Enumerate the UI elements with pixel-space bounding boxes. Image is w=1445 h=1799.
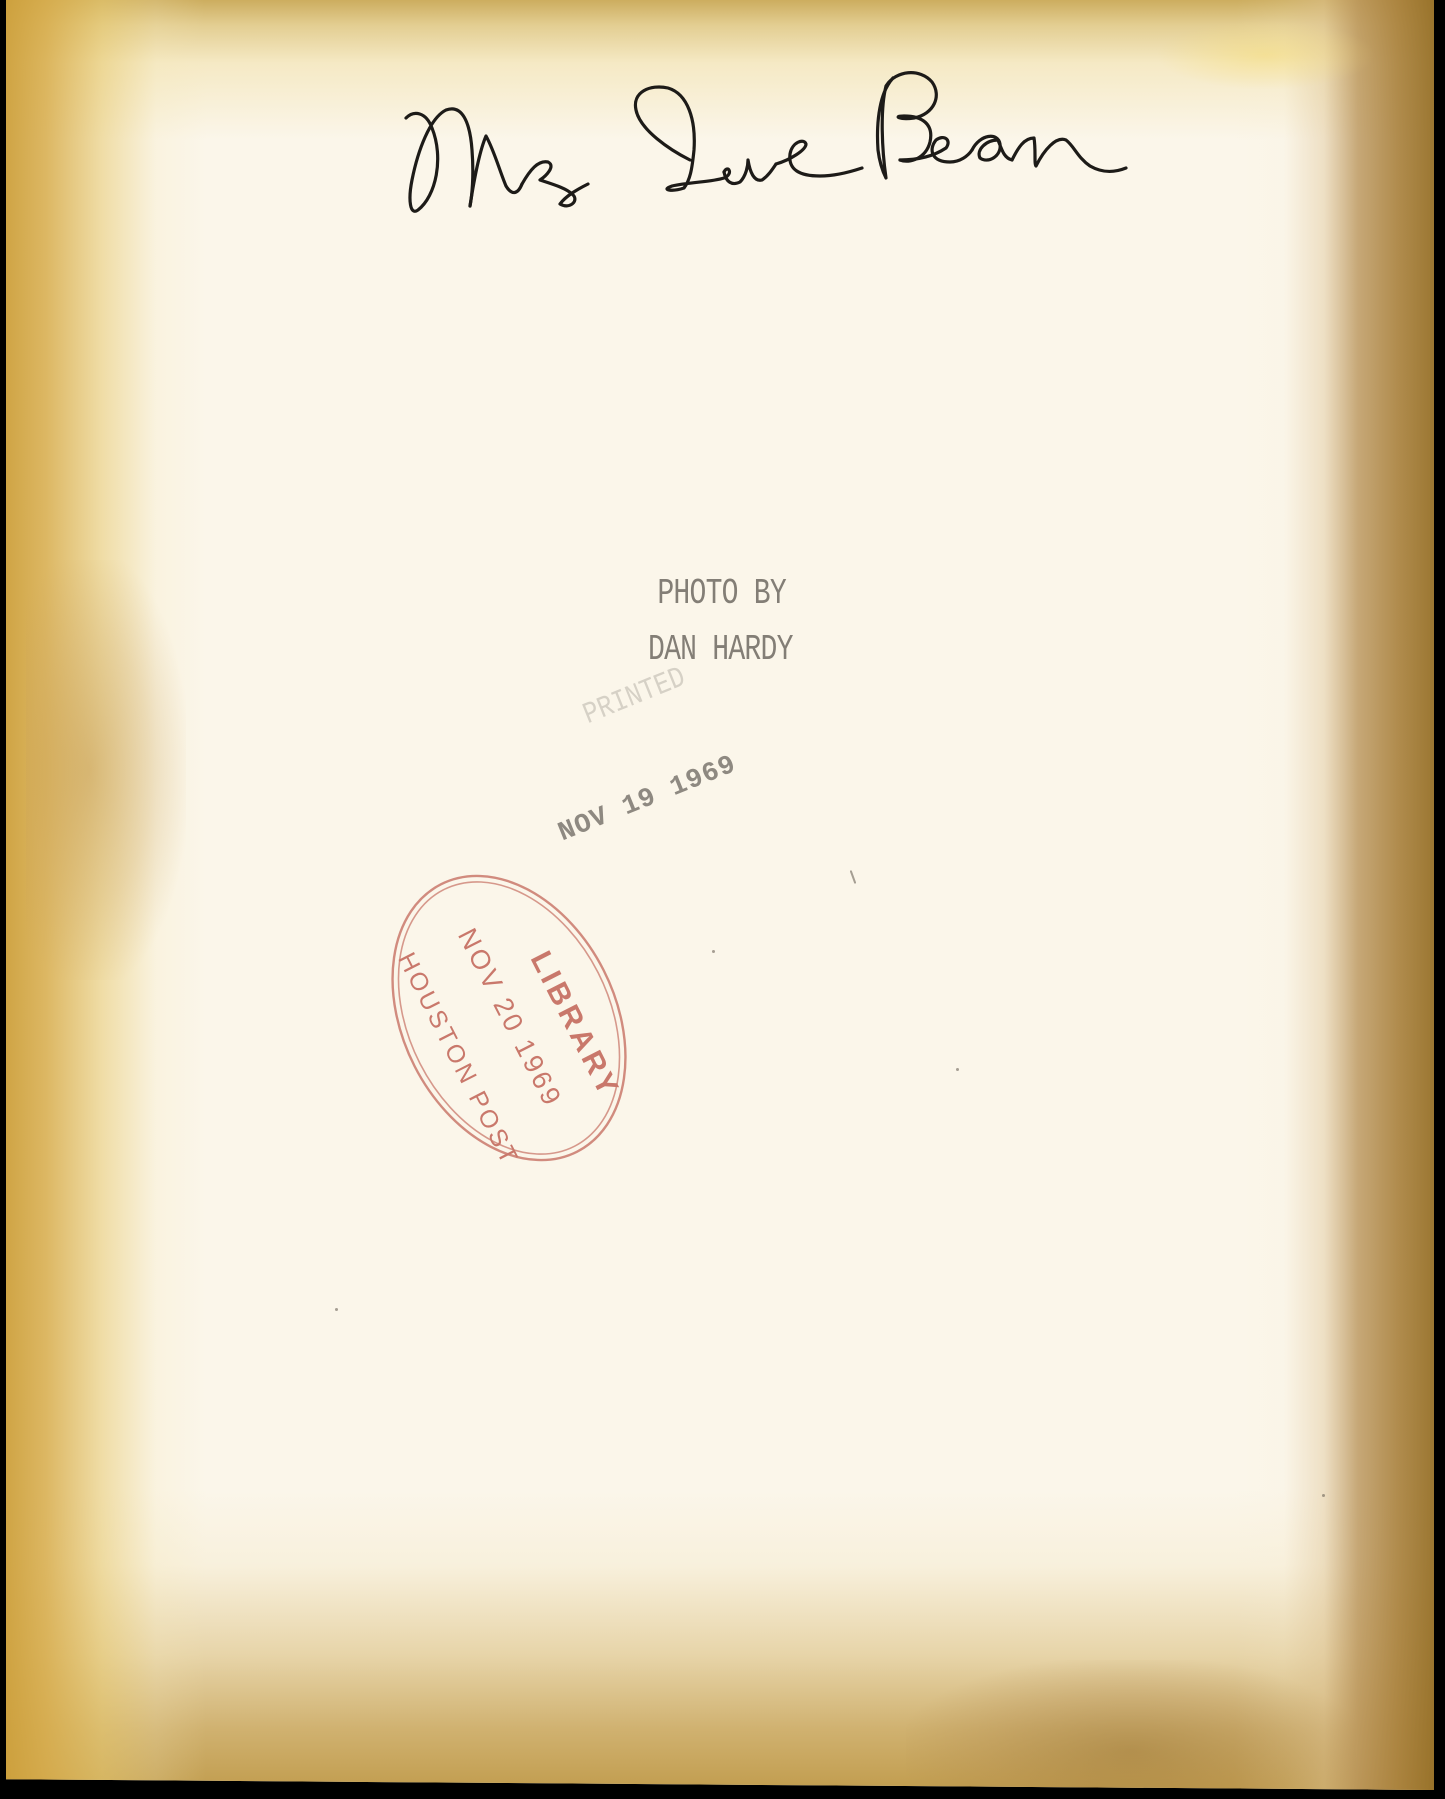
photo-credit-stamp: PHOTO BY DAN HARDY [648, 566, 793, 678]
library-stamp-oval: LIBRARY NOV 20 1969 HOUSTON POST [373, 862, 645, 1174]
aged-edge-bottom [6, 1490, 1434, 1790]
signature-strokes [0, 0, 1445, 260]
credit-line-1: PHOTO BY [648, 566, 793, 622]
speck [712, 950, 715, 953]
handwritten-name: Mrs Sue Bean [0, 0, 1445, 260]
aged-edge-right [1234, 0, 1434, 1790]
speck [335, 1308, 338, 1311]
speck [1322, 1494, 1325, 1497]
speck [956, 1068, 959, 1071]
stain-left [26, 560, 186, 980]
aged-edge-left [6, 0, 206, 1790]
photo-back-paper [6, 0, 1434, 1790]
library-stamp: LIBRARY NOV 20 1969 HOUSTON POST [373, 862, 645, 1174]
stain-bottom [906, 1660, 1356, 1790]
